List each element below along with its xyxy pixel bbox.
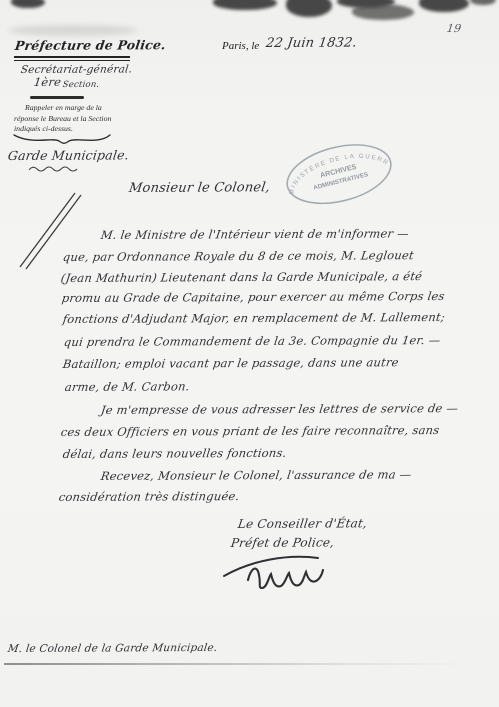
- archives-stamp: MINISTÈRE DE LA GUERRE ARCHIVES ADMINIST…: [276, 128, 404, 220]
- instruction-line: réponse le Bureau et la Section: [14, 114, 134, 125]
- scan-artifact: [470, 0, 496, 5]
- footer-rule: [4, 663, 496, 665]
- signature-title-line1: Le Conseiller d'État,: [237, 516, 368, 531]
- scan-artifact: [213, 0, 277, 10]
- scan-artifact: [286, 0, 332, 17]
- letterhead-section-label: Section.: [62, 80, 100, 90]
- signature-scrawl: [222, 546, 337, 591]
- letterhead-small-rule: [30, 96, 84, 99]
- letterhead-divider: [14, 56, 130, 61]
- body-line: que, par Ordonnance Royale du 8 de ce mo…: [62, 248, 415, 264]
- footer-addressee: M. le Colonel de la Garde Municipale.: [7, 642, 218, 655]
- dateline-printed: Paris, le: [222, 40, 259, 52]
- letterhead-section-number: 1ère: [33, 75, 62, 89]
- body-line: fonctions d'Adjudant Major, en remplacem…: [62, 310, 446, 326]
- body-line: considération très distinguée.: [58, 489, 240, 504]
- scanned-letter-page: 19 Préfecture de Police. Secrétariat-gén…: [0, 0, 499, 707]
- wavy-underline: [28, 165, 84, 173]
- scan-artifact: [419, 0, 469, 12]
- body-line: Recevez, Monsieur le Colonel, l'assuranc…: [100, 467, 412, 483]
- scan-smudge: [8, 25, 138, 36]
- subject-label: Garde Municipale.: [7, 147, 130, 163]
- body-line: M. le Ministre de l'Intérieur vient de m…: [100, 226, 410, 242]
- scan-artifact: [11, 0, 45, 8]
- body-line: Je m'empresse de vous adresser les lettr…: [100, 401, 459, 417]
- body-line: Bataillon; emploi vacant par le passage,…: [62, 355, 400, 371]
- instruction-line: Rappeler en marge de la: [14, 103, 134, 114]
- scan-artifact: [352, 4, 414, 20]
- body-line: arme, de M. Carbon.: [64, 379, 191, 394]
- page-number: 19: [446, 22, 462, 35]
- salutation: Monsieur le Colonel,: [128, 180, 271, 196]
- letterhead-instruction: Rappeler en marge de la réponse le Burea…: [14, 103, 134, 135]
- body-line: délai, dans leurs nouvelles fonctions.: [62, 446, 287, 461]
- dateline-handwritten: 22 Juin 1832.: [265, 36, 358, 51]
- decorative-brace: [12, 132, 112, 146]
- body-line: promu au Grade de Capitaine, pour exerce…: [61, 289, 446, 305]
- body-line: (Jean Mathurin) Lieutenant dans la Garde…: [60, 269, 423, 285]
- body-line: qui prendra le Commandement de la 3e. Co…: [63, 333, 441, 349]
- body-line: ces deux Officiers en vous priant de les…: [60, 423, 440, 439]
- letterhead-office: Préfecture de Police.: [14, 37, 167, 53]
